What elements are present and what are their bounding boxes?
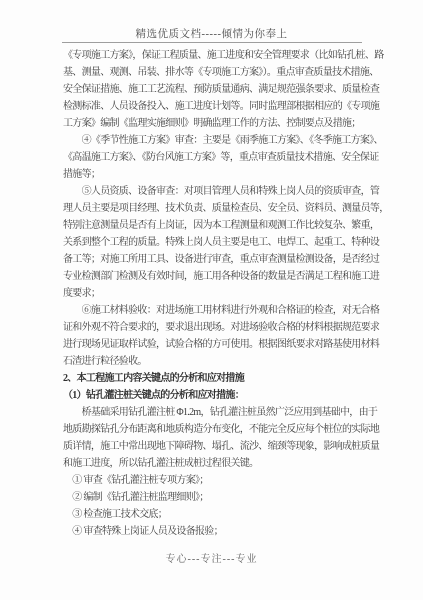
list-item-line: ③ 检查施工技术交底； xyxy=(63,506,403,523)
text-line: 证和外观不符合要求的，要求退出现场。对进场验收合格的材料根据规范要求 xyxy=(63,319,403,336)
text-line: 专业检测部门检测及有效时间，施工用各种设备的数量是否满足工程和施工进 xyxy=(63,268,403,285)
text-line: 工方案》编制《监理实施细则》明确监理工作的方法、控制要点及措施； xyxy=(63,115,403,132)
text-line: 备工等；对施工所用工具、设备进行审查，重点审查测量检测设备，是否经过 xyxy=(63,251,403,268)
document-page: 精选优质文档-----倾情为你奉上 《专项施工方案》，保证工程质量、施工进度和安… xyxy=(0,0,423,600)
page-footer: 专心---专注---专业 xyxy=(0,550,423,565)
text-line: 检测标准、人员设备投入、施工进度计划等。同时监理部根据相应的《专项施 xyxy=(63,98,403,115)
text-line: 地质勘探钻孔分布距离和地质构造分布变化，不能完全反应每个桩位的实际地 xyxy=(63,421,403,438)
text-line: 安全保证措施、施工工艺流程、预防质量通病、满足规范强条要求、质量检查 xyxy=(63,81,403,98)
footer-label: 专心---专注---专业 xyxy=(166,554,258,565)
header-title: 精选优质文档-----倾情为你奉上 xyxy=(136,29,288,40)
text-line: 度要求； xyxy=(63,285,403,302)
text-line: 桥基础采用钻孔灌注桩 Φ1.2m，钻孔灌注桩虽然广泛应用到基础中，由于 xyxy=(63,404,403,421)
list-item-line: ④ 审查特殊上岗证人员及设备报验； xyxy=(63,523,403,540)
text-line: 特别注意测量员是否有上岗证，因为本工程测量和观测工作比较复杂、繁重， xyxy=(63,217,403,234)
text-line: ⑤人员资质、设备审查：对项目管理人员和特殊上岗人员的资质审查，管 xyxy=(63,183,403,200)
text-line: ⑥施工材料验收：对进场施工用材料进行外观和合格证的检查，对无合格 xyxy=(63,302,403,319)
page-header: 精选优质文档-----倾情为你奉上 xyxy=(0,26,423,41)
text-line: 《专项施工方案》，保证工程质量、施工进度和安全管理要求（比如钻孔桩、路 xyxy=(63,47,403,64)
document-body: 《专项施工方案》，保证工程质量、施工进度和安全管理要求（比如钻孔桩、路 基、测量… xyxy=(63,47,403,540)
subsection-heading: （1）钻孔灌注桩关键点的分析和应对措施： xyxy=(63,387,403,404)
list-item-line: ① 审查《钻孔灌注桩专项方案》； xyxy=(63,472,403,489)
text-line: 和施工进度，所以钻孔灌注桩成桩过程很关键。 xyxy=(63,455,403,472)
text-line: 石渣进行粒径验收。 xyxy=(63,353,403,370)
section-heading: 2、本工程施工内容关键点的分析和应对措施 xyxy=(63,370,403,387)
text-line: 基、测量、观测、吊装、排水等《专项施工方案》）。重点审查质量技术措施、 xyxy=(63,64,403,81)
text-line: 质详情，施工中常出现地下障碍物、塌孔、流沙、缩颈等现象，影响成桩质量 xyxy=(63,438,403,455)
header-divider xyxy=(62,42,362,43)
text-line: 《高温施工方案》、《防台风施工方案》等，重点审查质量技术措施、安全保证 xyxy=(63,149,403,166)
text-line: 理人员主要是项目经理、技术负责、质量检查员、安全员、资料员、测量员等， xyxy=(63,200,403,217)
text-line: ④《季节性施工方案》审查：主要是《雨季施工方案》、《冬季施工方案》、 xyxy=(63,132,403,149)
text-line: 关系到整个工程的质量。特殊上岗人员主要是电工、电焊工、起重工、特种设 xyxy=(63,234,403,251)
list-item-line: ② 编制《钻孔灌注桩监理细则》； xyxy=(63,489,403,506)
text-line: 进行现场见证取样试验，试验合格的方可使用。根据图纸要求对路基使用材料 xyxy=(63,336,403,353)
text-line: 措施等； xyxy=(63,166,403,183)
